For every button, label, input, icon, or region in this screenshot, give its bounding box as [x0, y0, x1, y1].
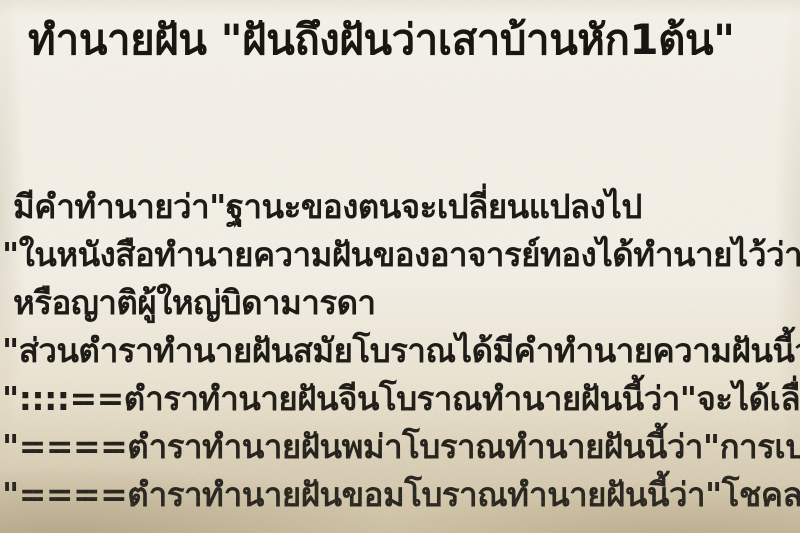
body-line-3: หรือญาติผู้ใหญ่บิดามารดา [2, 279, 800, 327]
dream-interpretation-card: ทำนายฝัน "ฝันถึงฝันว่าเสาบ้านหัก1ต้น" มี… [0, 0, 800, 533]
body-line-7: "====ตำราทำนายฝันขอมโบราณทำนายฝันนี้ว่า"… [2, 471, 800, 519]
body-line-6: "====ตำราทำนายฝันพม่าโบราณทำนายฝันนี้ว่า… [2, 423, 800, 471]
body-line-5: "::::==ตำราทำนายฝันจีนโบราณทำนายฝันนี้ว่… [2, 375, 800, 423]
body-text: มีคำทำนายว่า"ฐานะของตนจะเปลี่ยนแปลงไป "ใ… [2, 183, 800, 519]
body-line-1: มีคำทำนายว่า"ฐานะของตนจะเปลี่ยนแปลงไป [2, 183, 800, 231]
page-title: ทำนายฝัน "ฝันถึงฝันว่าเสาบ้านหัก1ต้น" [28, 12, 800, 69]
body-line-4: "ส่วนตำราทำนายฝันสมัยโบราณได้มีคำทำนายคว… [2, 327, 800, 375]
body-line-2: "ในหนังสือทำนายความฝันของอาจารย์ทองได้ทำ… [2, 231, 800, 279]
